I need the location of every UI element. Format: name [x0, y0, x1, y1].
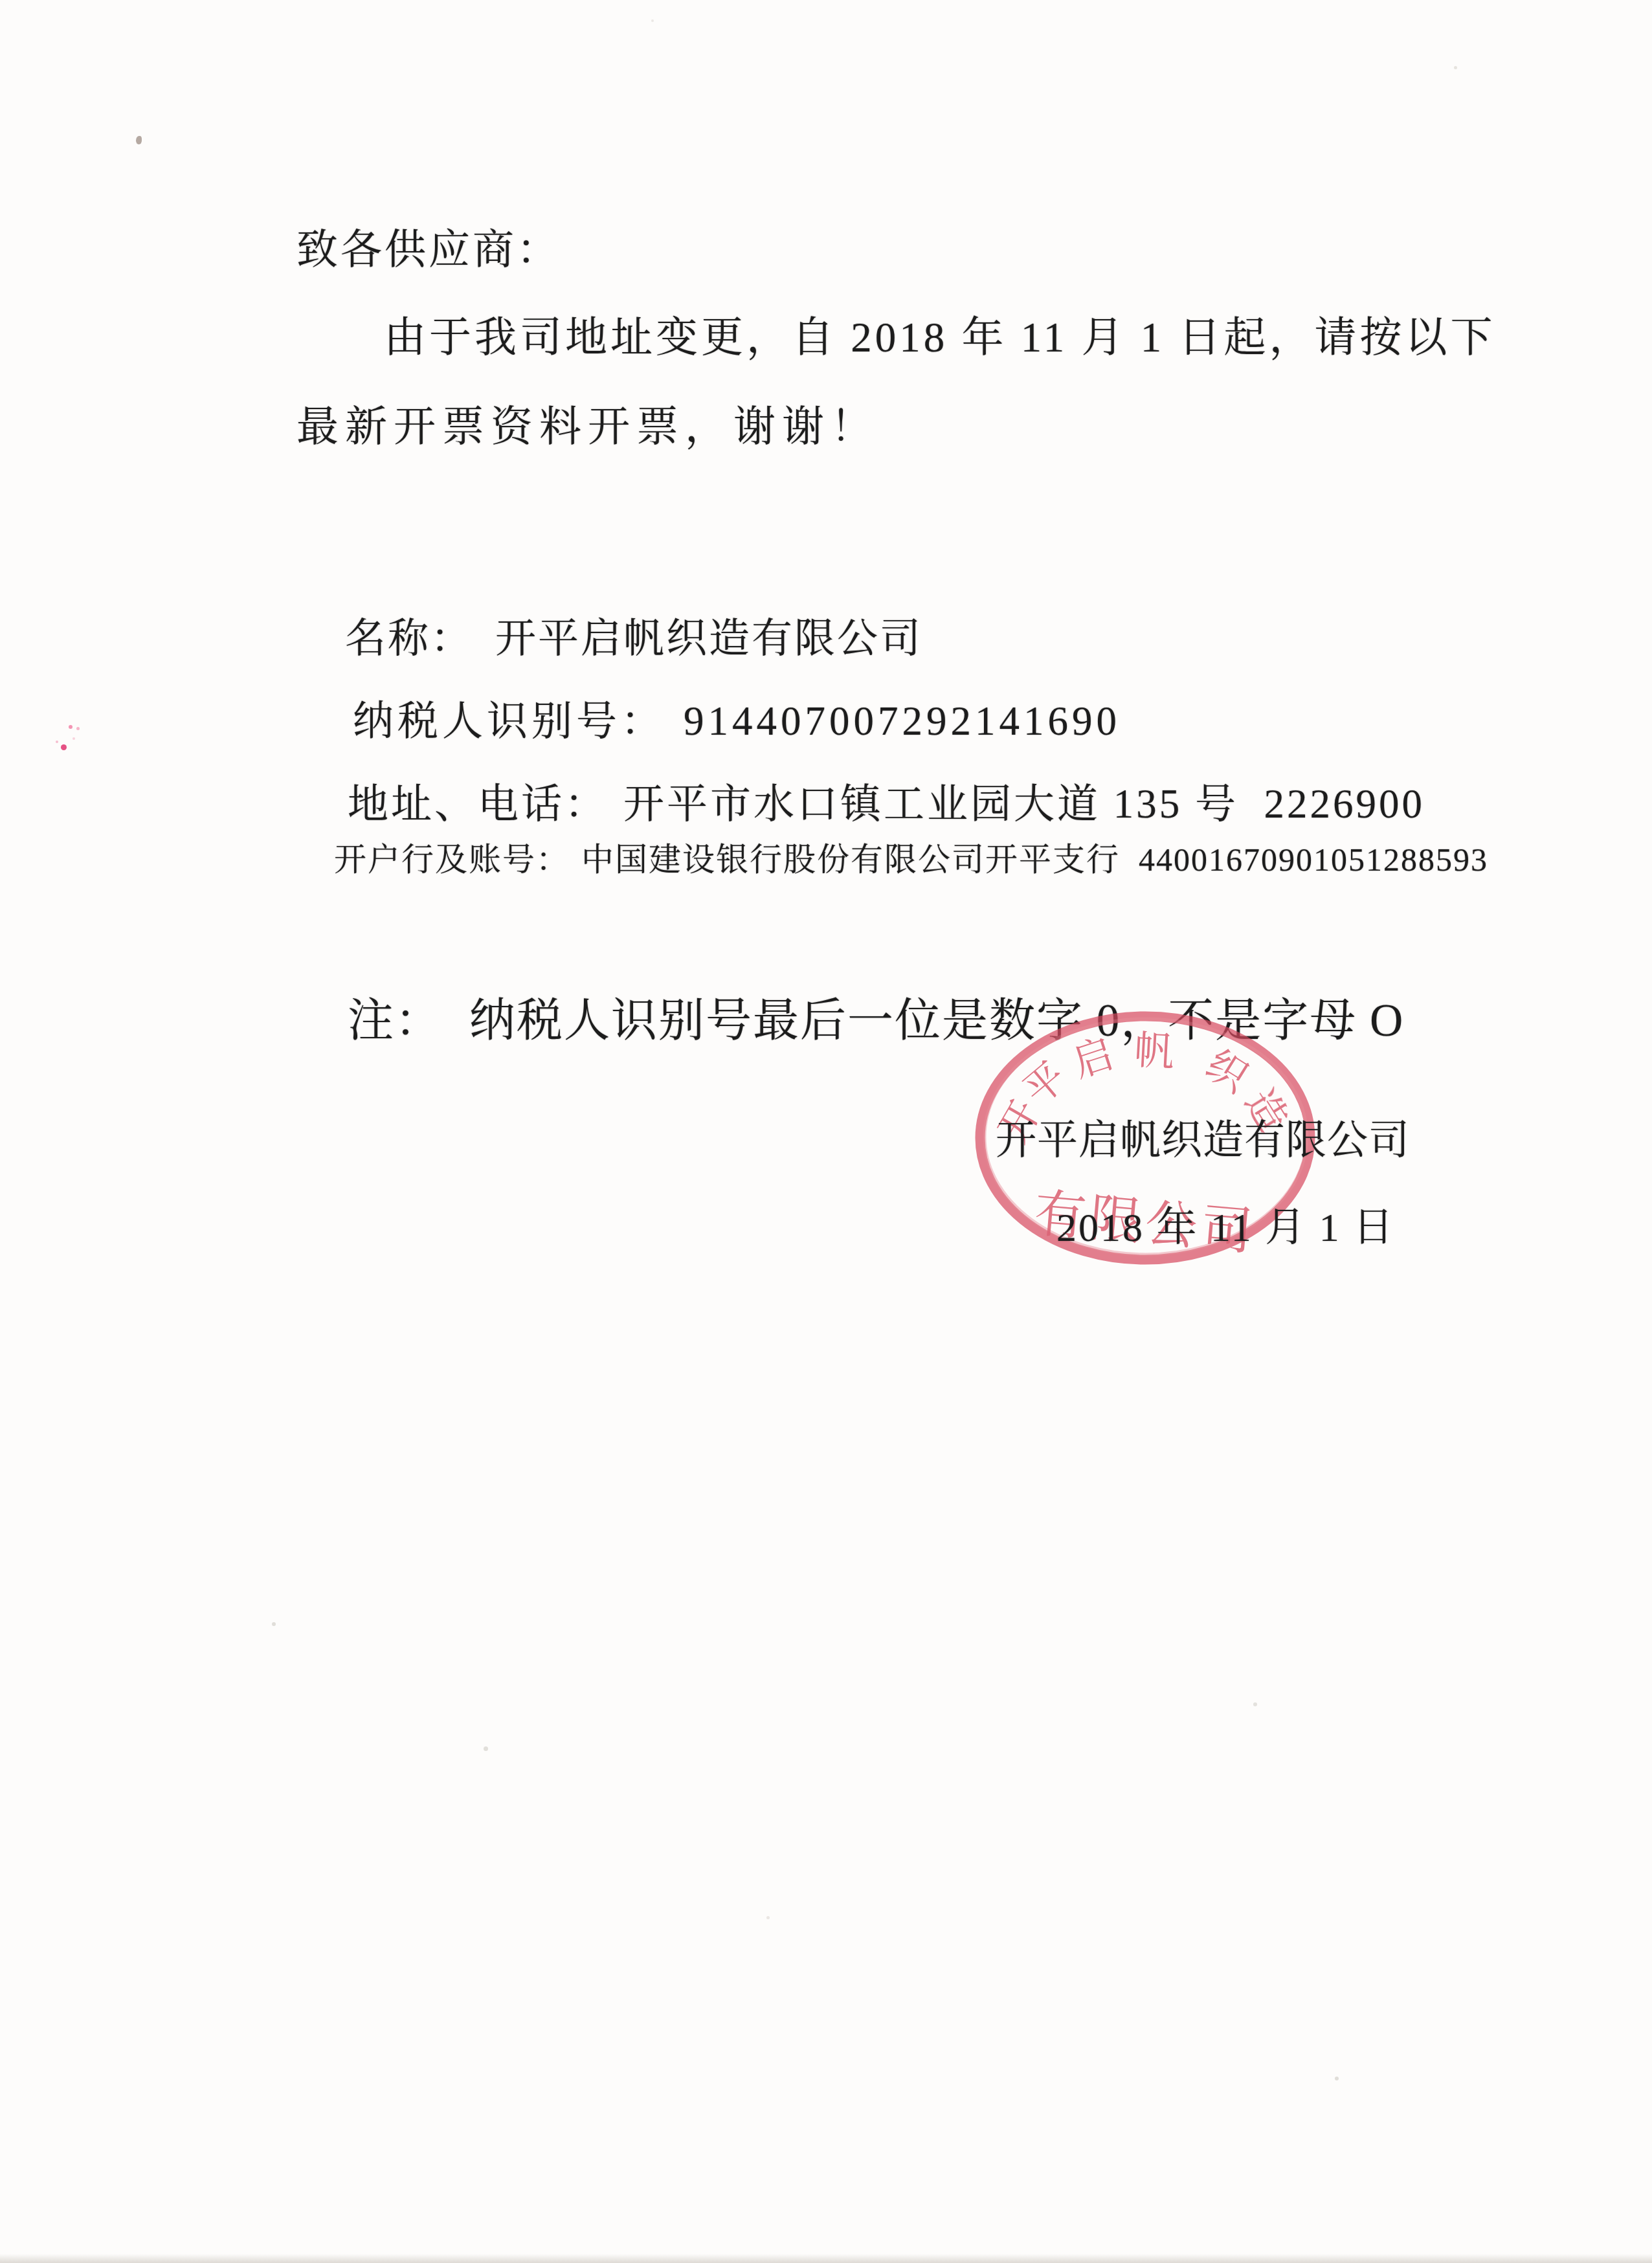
- scan-speck: [272, 1622, 276, 1626]
- note-label: 注：: [348, 983, 442, 1049]
- paragraph-line-1: 由于我司地址变更，自 2018 年 11 月 1 日起，请按以下: [384, 303, 1496, 364]
- scan-speck: [1253, 1702, 1257, 1706]
- scan-speck-ink: [76, 727, 80, 730]
- scan-speck: [766, 1916, 770, 1919]
- scan-speck: [136, 136, 142, 144]
- scan-speck: [651, 19, 654, 22]
- field-label-bank-account: 开户行及账号：: [334, 834, 570, 880]
- salutation-line: 致各供应商：: [296, 216, 561, 276]
- seal-arc-char: 帆: [1133, 1029, 1175, 1075]
- scan-speck-ink: [56, 741, 58, 743]
- paragraph-line-2: 最新开票资料开票，谢谢！: [296, 392, 879, 453]
- signature-company: 开平启帆织造有限公司: [996, 1107, 1410, 1166]
- scan-speck-ink: [73, 737, 75, 740]
- scan-speck: [1335, 2077, 1339, 2080]
- scan-speck-ink: [61, 744, 67, 750]
- scanned-letter-page: 致各供应商： 由于我司地址变更，自 2018 年 11 月 1 日起，请按以下 …: [0, 0, 1652, 2263]
- scan-speck: [484, 1746, 488, 1751]
- scan-edge-shadow: [0, 2254, 1652, 2263]
- seal-arc-char: 启: [1067, 1032, 1119, 1086]
- scan-speck: [1454, 66, 1457, 69]
- seal-arc-char: 织: [1198, 1043, 1256, 1102]
- signature-date: 2018 年 11 月 1 日: [1056, 1195, 1395, 1253]
- field-bank-account: 开户行及账号：中国建设银行股份有限公司开平支行 4400167090105128…: [296, 796, 1488, 918]
- scan-speck-ink: [69, 725, 73, 729]
- field-value-bank-account: 中国建设银行股份有限公司开平支行 44001670901051288593: [581, 842, 1488, 878]
